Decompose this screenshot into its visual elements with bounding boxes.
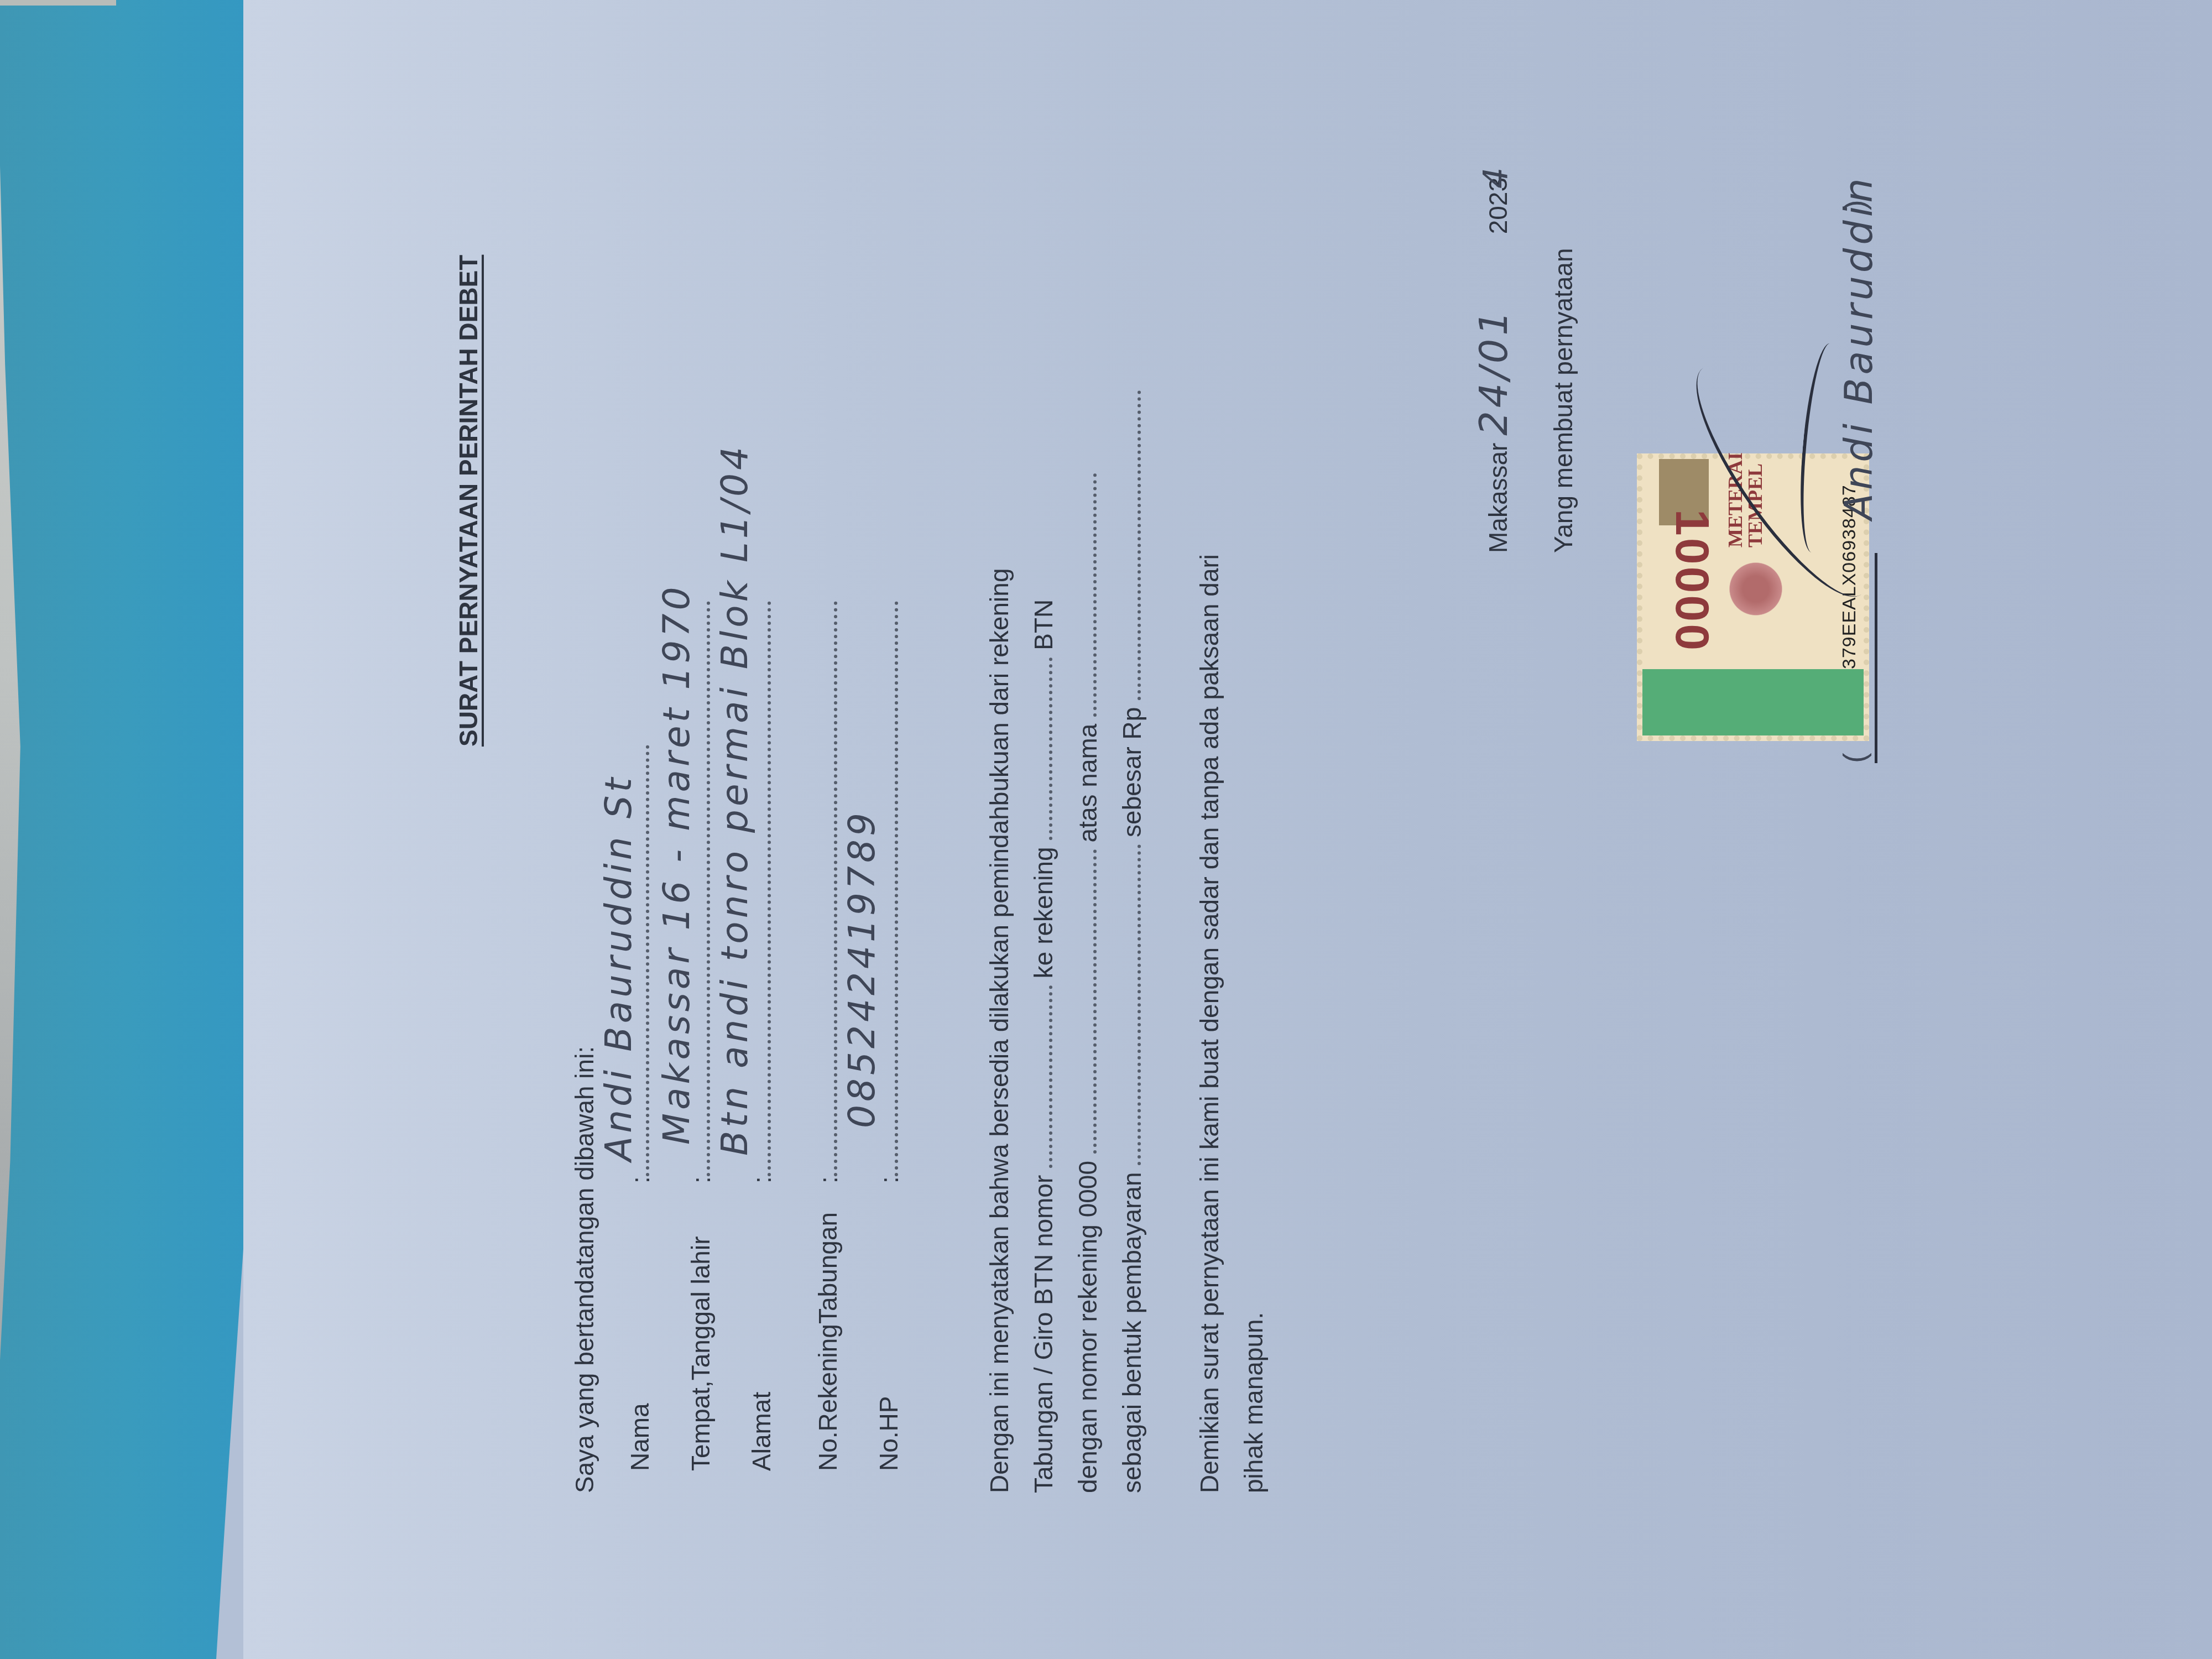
intro-text: Saya yang bertandatangan dibawah ini: (570, 1046, 599, 1493)
debit-order-statement-form: SURAT PERNYATAAN PERINTAH DEBET Saya yan… (0, 0, 1714, 1659)
blank-target-account[interactable] (1032, 658, 1052, 840)
blank-amount[interactable] (1121, 390, 1141, 700)
date-handwritten[interactable]: 24/01 (1471, 307, 1516, 436)
place-date: Makassar 24/01 20234 (1471, 164, 1516, 553)
paren-open: ( (1836, 753, 1872, 763)
paragraph-line-3: dengan nomor rekening 0000 atas nama (1073, 473, 1103, 1493)
field-label-no-hp: No.HP (874, 1396, 904, 1471)
field-value-ttl[interactable]: Makassar 16 - maret 1970 (655, 584, 698, 1145)
field-label-nama: Nama (625, 1403, 655, 1471)
blank-btn-account[interactable] (1032, 985, 1052, 1168)
field-line-no-rekening: : (813, 601, 843, 1183)
signer-name[interactable]: Andi Bauruddin (1836, 175, 1881, 520)
field-value-no-hp[interactable]: 085242419789 (841, 810, 883, 1128)
garuda-emblem-icon (1725, 559, 1786, 619)
signature-underline (1875, 553, 1877, 763)
closing-line-2: pihak manapun. (1239, 1312, 1269, 1493)
stamp-value: 10000 (1665, 509, 1719, 653)
paragraph-line-2: Tabungan / Giro BTN nomor ke rekening BT… (1029, 599, 1058, 1493)
blank-account-number[interactable] (1077, 849, 1097, 1154)
year-correction: 4 (1477, 164, 1515, 189)
document-title: SURAT PERNYATAAN PERINTAH DEBET (453, 194, 483, 747)
field-label-alamat: Alamat (747, 1392, 776, 1471)
blank-account-name[interactable] (1077, 473, 1097, 717)
paren-close: ) (1836, 200, 1872, 210)
paragraph-line-1: Dengan ini menyatakan bahwa bersedia dil… (984, 568, 1014, 1493)
field-value-nama[interactable]: Andi Bauruddin St (597, 775, 640, 1161)
field-label-no-rekening: No.RekeningTabungan (813, 1212, 843, 1471)
field-value-alamat[interactable]: Btn andi tonro permai Blok L1/04 (713, 444, 756, 1156)
maker-label: Yang membuat pernyataan (1548, 248, 1578, 553)
closing-line-1: Demikian surat pernyataan ini kami buat … (1194, 554, 1224, 1493)
field-label-ttl: Tempat,Tanggal lahir (686, 1237, 716, 1471)
blank-payment-purpose[interactable] (1121, 844, 1141, 1165)
paragraph-line-4: sebagai bentuk pembayaran sebesar Rp (1117, 390, 1147, 1493)
